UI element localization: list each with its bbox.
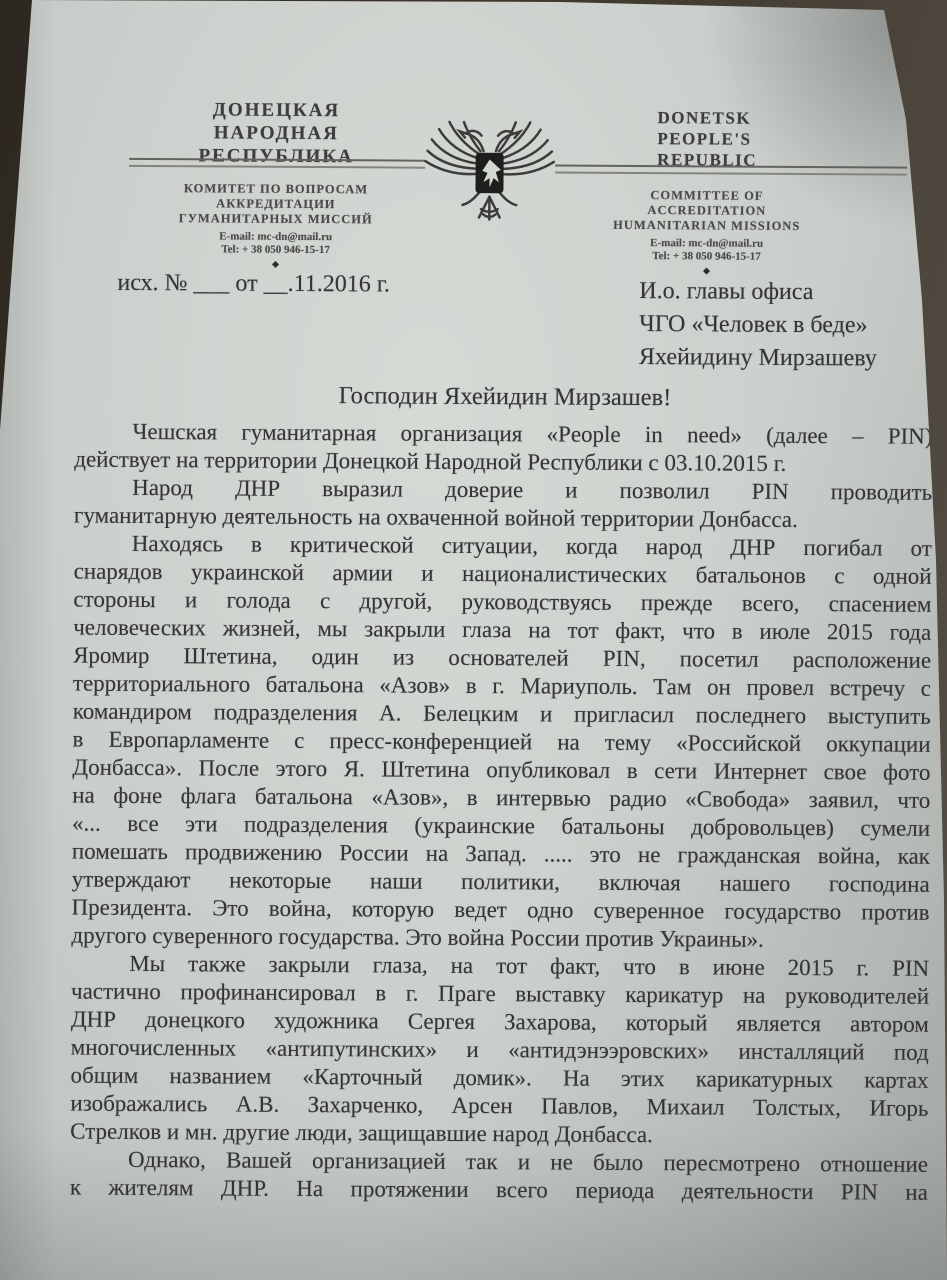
phone-line: Tel: + 38 050 946-15-17 (562, 250, 852, 265)
letterhead-right-english: DONETSK PEOPLE'S REPUBLIC COMMITTEE OF A… (561, 107, 852, 278)
letter-paper-sheet: ДОНЕЦКАЯ НАРОДНАЯ РЕСПУБЛИКА КОМИТЕТ ПО … (0, 0, 947, 1280)
contact-info: E-mail: mc-dn@mail.ru Tel: + 38 050 946-… (562, 237, 852, 265)
committee-name-line: COMMITTEE OF (562, 188, 852, 205)
org-title-line: PEOPLE'S (657, 128, 757, 150)
org-title-line: DONETSK (657, 107, 757, 129)
org-title-english: DONETSK PEOPLE'S REPUBLIC (657, 107, 757, 171)
contact-info: E-mail: mc-dn@mail.ru Tel: + 38 050 946-… (130, 230, 422, 258)
committee-name-english: COMMITTEE OF ACCREDITATION HUMANITARIAN … (562, 188, 852, 235)
committee-name-line: АККРЕДИТАЦИИ (130, 196, 422, 213)
body-line: к жителям ДНР. На протяжении всего перио… (70, 1174, 928, 1207)
diamond-ornament-icon: ◆ (129, 259, 421, 271)
addressee-line: ЧГО «Человек в беде» (639, 308, 877, 342)
committee-name-line: ACCREDITATION (562, 203, 852, 220)
org-title-line: ДОНЕЦКАЯ (130, 98, 422, 123)
addressee-block: И.о. главы офисаЧГО «Человек в беде»Яхей… (639, 275, 878, 375)
committee-name-line: ГУМАНИТАРНЫХ МИССИЙ (130, 211, 422, 228)
salutation-line: Господин Яхейидин Мирзашев! (339, 382, 672, 412)
committee-name-line: КОМИТЕТ ПО ВОПРОСАМ (130, 181, 422, 198)
addressee-line: И.о. главы офиса (639, 275, 877, 309)
letter-content: ДОНЕЦКАЯ НАРОДНАЯ РЕСПУБЛИКА КОМИТЕТ ПО … (0, 0, 947, 1280)
phone-line: Tel: + 38 050 946-15-17 (130, 243, 422, 258)
letter-body: Чешская гуманитарная организация «People… (70, 418, 933, 1207)
double-headed-eagle-icon (417, 108, 563, 247)
committee-name-line: HUMANITARIAN MISSIONS (562, 218, 852, 235)
photo-of-letter: { "colors": { "background": "#3c352a", "… (0, 0, 947, 1280)
org-title-line: НАРОДНАЯ (130, 121, 422, 146)
letterhead-divider-rule (129, 158, 425, 169)
letterhead-left-russian: ДОНЕЦКАЯ НАРОДНАЯ РЕСПУБЛИКА КОМИТЕТ ПО … (129, 98, 422, 271)
committee-name: КОМИТЕТ ПО ВОПРОСАМ АККРЕДИТАЦИИ ГУМАНИТ… (130, 181, 422, 228)
addressee-line: Яхейидину Мирзашеву (639, 341, 877, 375)
outgoing-reference-line: исх. № ___ от __.11.2016 г. (117, 270, 390, 299)
